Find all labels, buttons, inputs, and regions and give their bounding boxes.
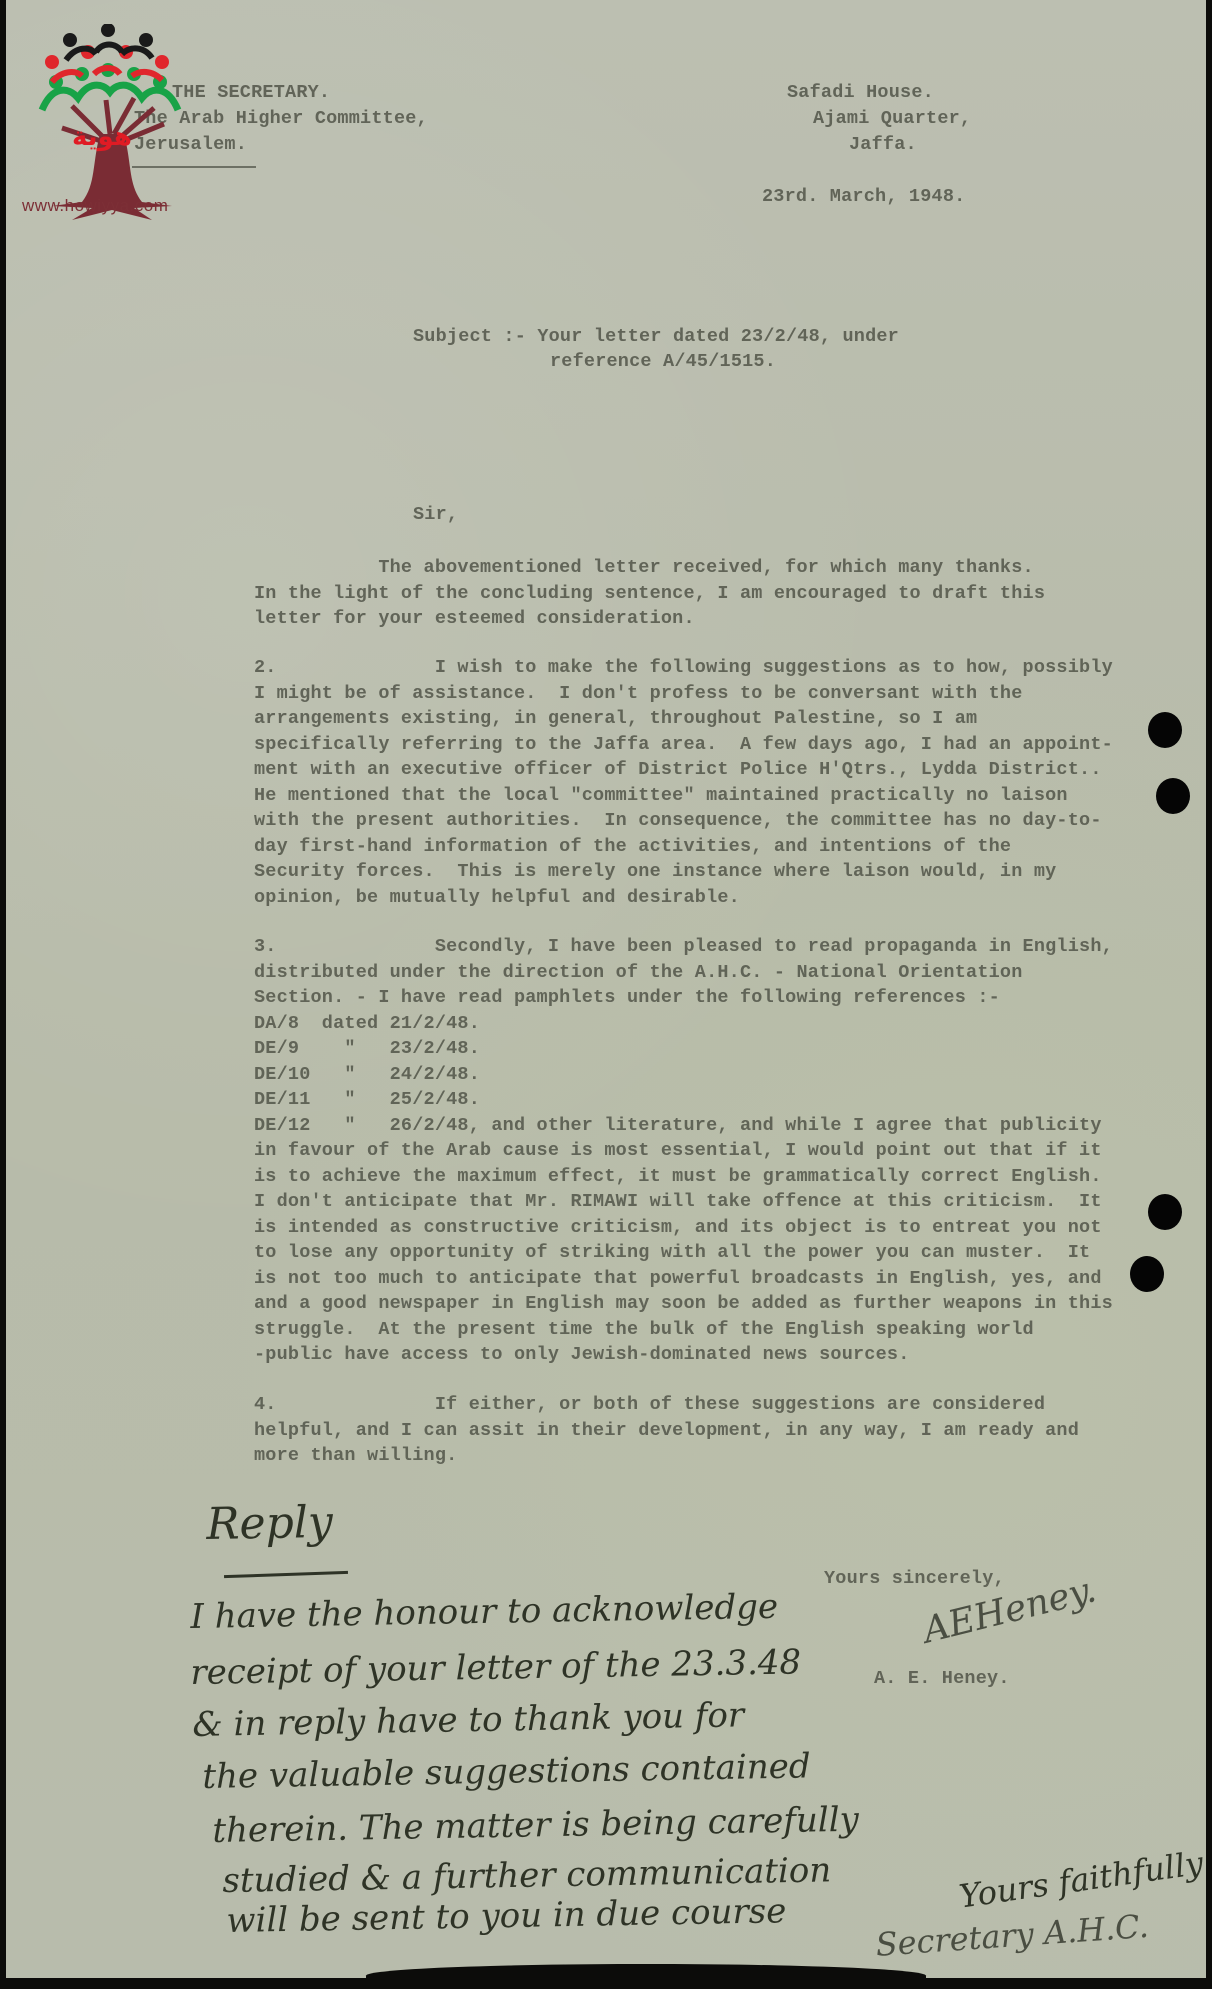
paragraph-2-line: day first-hand information of the activi… — [254, 834, 1011, 860]
logo-url: www.howiyya.com — [22, 196, 168, 216]
punch-hole — [1148, 712, 1182, 748]
logo-arabic-name: هوية — [72, 122, 132, 152]
paragraph-3-line: DE/11 " 25/2/48. — [254, 1087, 480, 1113]
reply-heading-underline — [224, 1571, 348, 1578]
paragraph-2-line: He mentioned that the local "committee" … — [254, 783, 1068, 809]
paragraph-3-line: 3. Secondly, I have been pleased to read… — [254, 934, 1113, 960]
letter-page: THE SECRETARY. The Arab Higher Committee… — [6, 0, 1206, 1978]
paragraph-4-line: more than willing. — [254, 1443, 457, 1469]
paragraph-3-line: distributed under the direction of the A… — [254, 960, 1023, 986]
reply-line: receipt of your letter of the 23.3.48 — [190, 1637, 802, 1698]
paragraph-1-line: The abovementioned letter received, for … — [254, 555, 1034, 581]
signatory: A. E. Heney. — [874, 1666, 1010, 1692]
reply-line: will be sent to you in due course — [226, 1886, 787, 1946]
paragraph-2-line: with the present authorities. In consequ… — [254, 808, 1102, 834]
paragraph-4-line: helpful, and I can assit in their develo… — [254, 1418, 1079, 1444]
salutation: Sir, — [413, 502, 458, 528]
paragraph-3-line: is to achieve the maximum effect, it mus… — [254, 1164, 1102, 1190]
reply-heading: Reply — [206, 1498, 333, 1550]
paragraph-2-line: specifically referring to the Jaffa area… — [254, 732, 1113, 758]
subject-line-2: reference A/45/1515. — [550, 349, 776, 375]
paragraph-3-line: DA/8 dated 21/2/48. — [254, 1011, 480, 1037]
paragraph-3-line: in favour of the Arab cause is most esse… — [254, 1138, 1102, 1164]
reply-line: I have the honour to acknowledge — [190, 1582, 778, 1642]
punch-hole — [1130, 1256, 1164, 1292]
sender-address-line-2: Ajami Quarter, — [813, 106, 971, 132]
paragraph-3-line: is not too much to anticipate that power… — [254, 1266, 1102, 1292]
punch-hole — [1148, 1194, 1182, 1230]
paragraph-3-line: I don't anticipate that Mr. RIMAWI will … — [254, 1189, 1102, 1215]
paragraph-1-line: In the light of the concluding sentence,… — [254, 581, 1045, 607]
sender-address-line-1: Safadi House. — [787, 80, 934, 106]
paragraph-3-line: is intended as constructive criticism, a… — [254, 1215, 1102, 1241]
reply-signatory: Secretary A.H.C. — [874, 1901, 1150, 1970]
paragraph-2-line: arrangements existing, in general, throu… — [254, 706, 977, 732]
paragraph-2-line: 2. I wish to make the following suggesti… — [254, 655, 1113, 681]
letter-date: 23rd. March, 1948. — [762, 184, 965, 210]
paper-edge — [366, 1964, 926, 1978]
paragraph-1-line: letter for your esteemed consideration. — [254, 606, 695, 632]
paragraph-3-line: to lose any opportunity of striking with… — [254, 1240, 1090, 1266]
paragraph-3-line: struggle. At the present time the bulk o… — [254, 1317, 1034, 1343]
reply-line: the valuable suggestions contained — [202, 1741, 811, 1802]
paragraph-3-line: -public have access to only Jewish-domin… — [254, 1342, 910, 1368]
paragraph-3-line: DE/9 " 23/2/48. — [254, 1036, 480, 1062]
paragraph-2-line: opinion, be mutually helpful and desirab… — [254, 885, 740, 911]
reply-line: & in reply have to thank you for — [192, 1690, 745, 1750]
paragraph-2-line: Security forces. This is merely one inst… — [254, 859, 1056, 885]
paragraph-3-line: and a good newspaper in English may soon… — [254, 1291, 1113, 1317]
subject-line-1: Subject :- Your letter dated 23/2/48, un… — [413, 324, 899, 350]
punch-hole — [1156, 778, 1190, 814]
paragraph-3-line: DE/12 " 26/2/48, and other literature, a… — [254, 1113, 1102, 1139]
paragraph-2-line: I might be of assistance. I don't profes… — [254, 681, 1023, 707]
paragraph-2-line: ment with an executive officer of Distri… — [254, 757, 1102, 783]
closing: Yours sincerely, — [824, 1566, 1005, 1592]
sender-address-line-3: Jaffa. — [849, 132, 917, 158]
paragraph-3-line: Section. - I have read pamphlets under t… — [254, 985, 1000, 1011]
paragraph-4-line: 4. If either, or both of these suggestio… — [254, 1392, 1045, 1418]
paragraph-3-line: DE/10 " 24/2/48. — [254, 1062, 480, 1088]
